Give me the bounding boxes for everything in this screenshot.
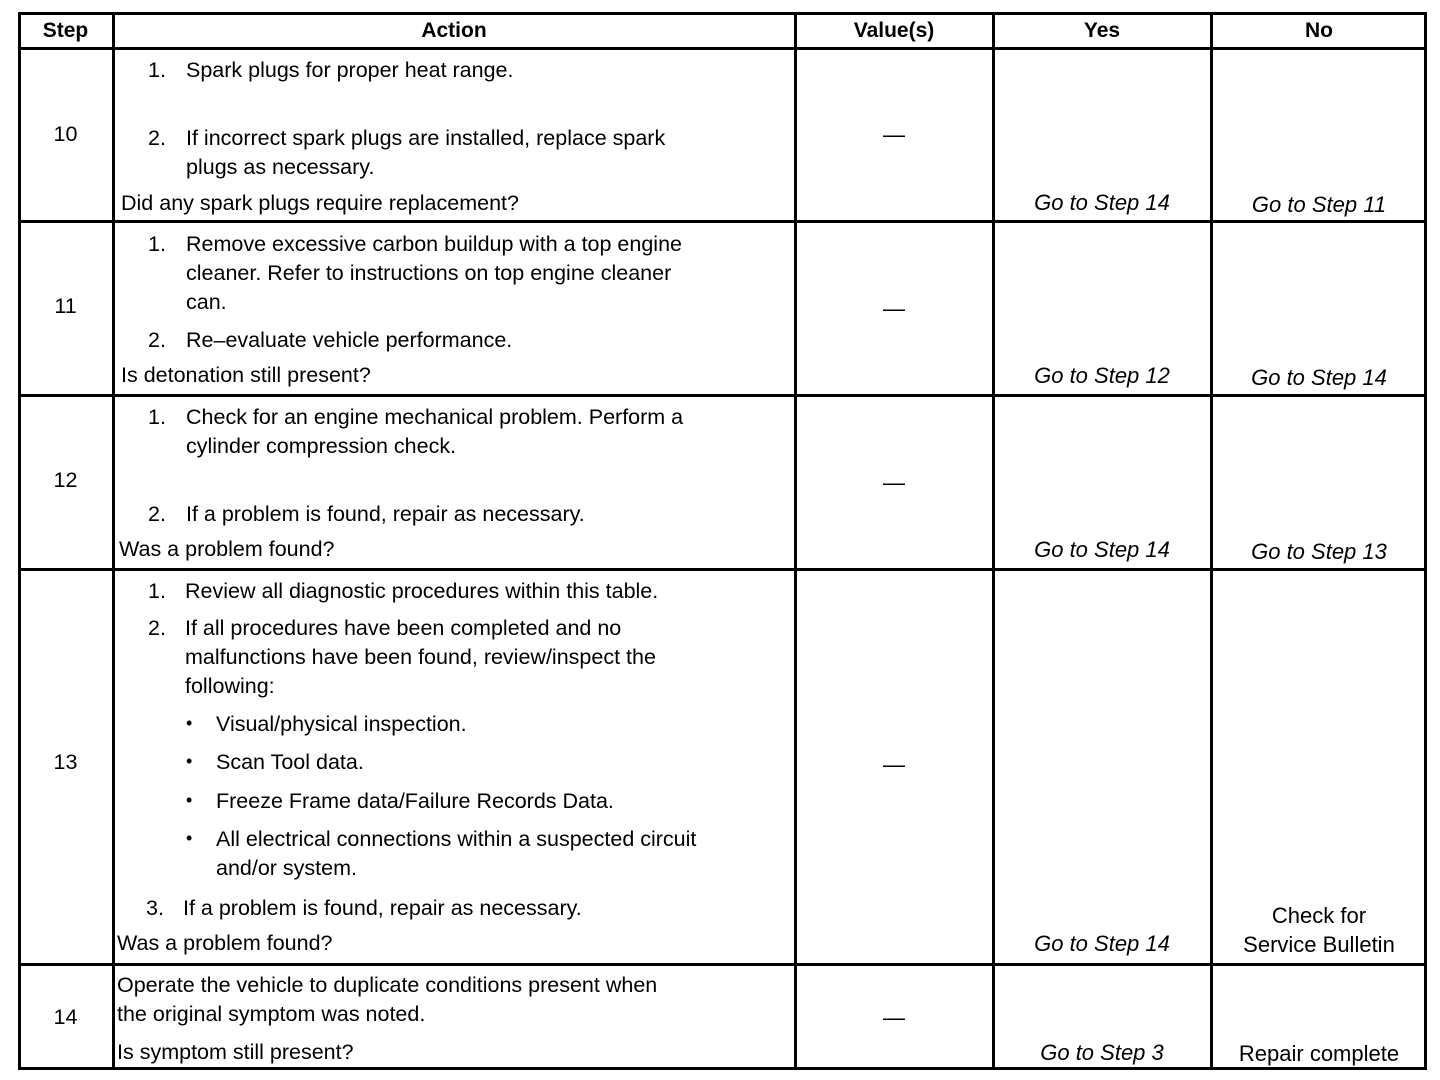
action-question: Is symptom still present?: [117, 1038, 354, 1067]
action-number: 3.: [146, 894, 164, 923]
no-action-text: Service Bulletin: [1211, 930, 1427, 959]
no-link[interactable]: Go to Step 11: [1211, 190, 1427, 219]
action-question: Is detonation still present?: [121, 361, 371, 390]
action-text: malfunctions have been found, review/ins…: [185, 643, 656, 672]
action-question: Was a problem found?: [117, 929, 333, 958]
action-number: 1.: [148, 230, 166, 259]
action-text: the original symptom was noted.: [117, 1000, 425, 1029]
action-question: Was a problem found?: [119, 535, 335, 564]
action-text: Operate the vehicle to duplicate conditi…: [117, 971, 657, 1000]
action-number: 2.: [148, 124, 166, 153]
action-number: 2.: [148, 614, 166, 643]
action-text: Review all diagnostic procedures within …: [185, 577, 658, 606]
action-number: 2.: [148, 326, 166, 355]
yes-link[interactable]: Go to Step 12: [993, 363, 1211, 389]
bullet-text: All electrical connections within a susp…: [216, 825, 696, 854]
bullet-text: Visual/physical inspection.: [216, 710, 467, 739]
header-values: Value(s): [795, 14, 993, 48]
value-cell: —: [795, 470, 993, 496]
action-question: Did any spark plugs require replacement?: [121, 189, 519, 218]
action-text: cylinder compression check.: [186, 432, 456, 461]
row-divider: [18, 394, 1427, 397]
no-link[interactable]: Go to Step 13: [1211, 537, 1427, 566]
step-number: 12: [18, 468, 113, 493]
row-divider: [18, 220, 1427, 223]
yes-link[interactable]: Go to Step 14: [993, 931, 1211, 957]
header-yes: Yes: [993, 14, 1211, 48]
no-link[interactable]: Go to Step 14: [1211, 363, 1427, 392]
action-text: Re–evaluate vehicle performance.: [186, 326, 512, 355]
header-action: Action: [113, 14, 795, 48]
bullet-icon: •: [186, 713, 192, 734]
bullet-icon: •: [186, 828, 192, 849]
step-number: 10: [18, 122, 113, 147]
action-text: Spark plugs for proper heat range.: [186, 56, 513, 85]
row-divider: [18, 568, 1427, 571]
action-text: Check for an engine mechanical problem. …: [186, 403, 683, 432]
action-text: can.: [186, 288, 227, 317]
row-divider: [18, 963, 1427, 966]
action-text: Remove excessive carbon buildup with a t…: [186, 230, 682, 259]
action-text: following:: [185, 672, 275, 701]
yes-link[interactable]: Go to Step 14: [993, 537, 1211, 563]
step-number: 11: [18, 294, 113, 319]
col-divider: [112, 12, 115, 1070]
step-number: 14: [18, 1005, 113, 1030]
value-cell: —: [795, 752, 993, 778]
bullet-icon: •: [186, 751, 192, 772]
bullet-icon: •: [186, 790, 192, 811]
action-number: 1.: [148, 577, 166, 606]
bullet-text: and/or system.: [216, 854, 357, 883]
yes-link[interactable]: Go to Step 14: [993, 190, 1211, 216]
no-action-text: Check for: [1211, 901, 1427, 930]
bullet-text: Scan Tool data.: [216, 748, 364, 777]
action-text: cleaner. Refer to instructions on top en…: [186, 259, 671, 288]
value-cell: —: [795, 1005, 993, 1031]
action-text: If incorrect spark plugs are installed, …: [186, 124, 665, 153]
action-number: 1.: [148, 403, 166, 432]
action-number: 1.: [148, 56, 166, 85]
bullet-text: Freeze Frame data/Failure Records Data.: [216, 787, 614, 816]
action-text: plugs as necessary.: [186, 153, 374, 182]
col-divider: [794, 12, 797, 1070]
action-text: If all procedures have been completed an…: [185, 614, 621, 643]
action-text: If a problem is found, repair as necessa…: [186, 500, 585, 529]
value-cell: —: [795, 122, 993, 148]
action-text: If a problem is found, repair as necessa…: [183, 894, 582, 923]
yes-link[interactable]: Go to Step 3: [993, 1040, 1211, 1066]
header-step: Step: [18, 14, 113, 48]
action-number: 2.: [148, 500, 166, 529]
value-cell: —: [795, 296, 993, 322]
header-no: No: [1211, 14, 1427, 48]
step-number: 13: [18, 750, 113, 775]
no-action-text: Repair complete: [1211, 1039, 1427, 1068]
